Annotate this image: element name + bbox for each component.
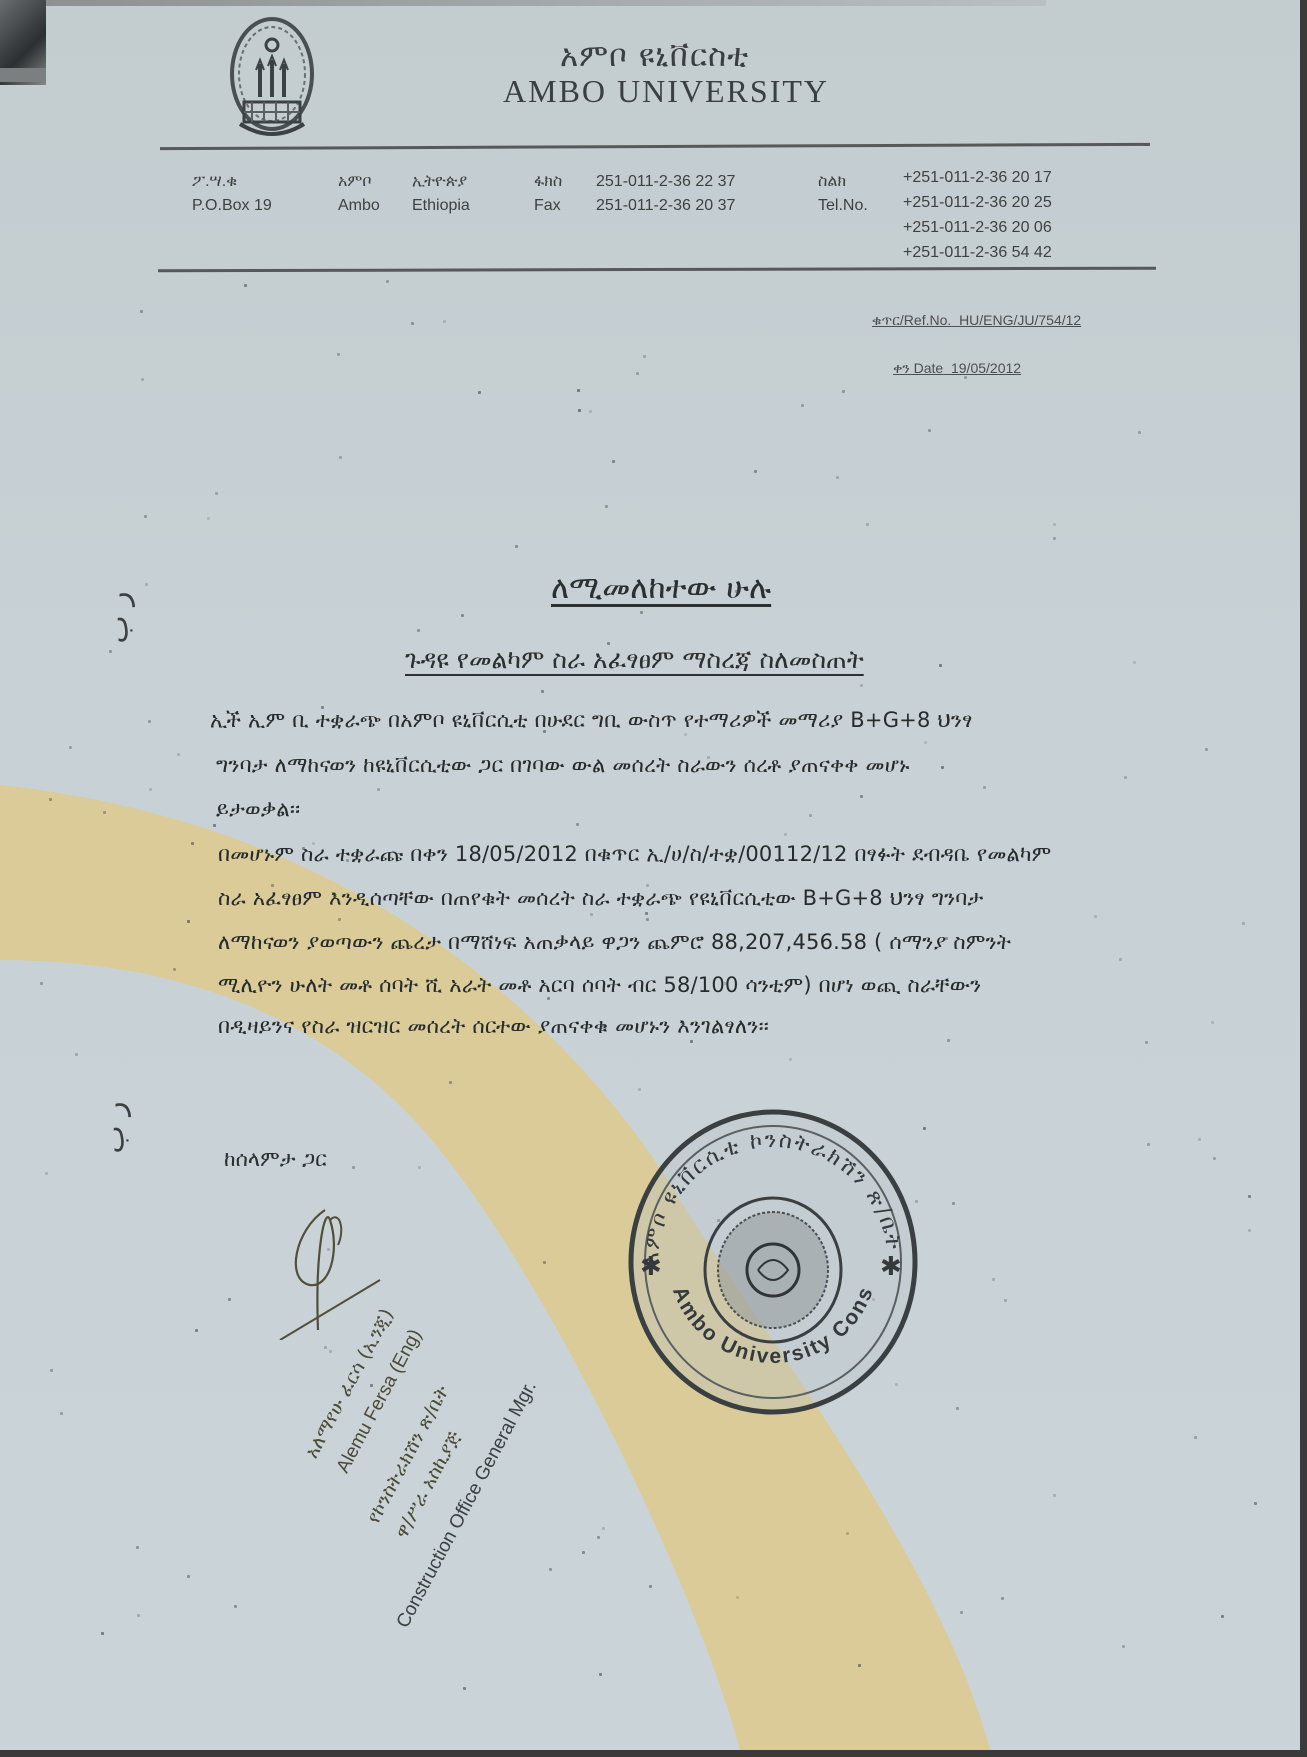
fax-label-amharic: ፋክስ: [534, 170, 562, 194]
scan-speck: [352, 1166, 355, 1169]
scan-speck: [1248, 1229, 1251, 1232]
po-box-label-amharic: ፖ.ሣ.ቁ: [192, 170, 272, 194]
scan-speck: [148, 720, 151, 723]
scan-speck: [956, 1407, 959, 1410]
scan-speck: [324, 1346, 327, 1349]
scan-speck: [411, 322, 414, 325]
scan-speck: [329, 1350, 332, 1353]
scan-speck: [582, 1551, 585, 1554]
scan-speck: [1213, 1157, 1216, 1160]
scan-speck: [40, 982, 43, 985]
scan-speck: [101, 1632, 104, 1635]
scan-speck: [1242, 922, 1245, 925]
fax-number-2: 251-011-2-36 20 37: [596, 194, 735, 218]
scan-speck: [149, 788, 152, 791]
scan-speck: [860, 795, 863, 798]
scan-speck: [271, 884, 274, 887]
university-name-english: AMBO UNIVERSITY: [503, 73, 829, 110]
scan-speck: [724, 982, 727, 985]
scan-speck: [801, 404, 804, 407]
paragraph-2-line: ስራ አፈፃፀም እንዲሰጣቸው በጠየቁት መሰረት ስራ ተቋራጭ የዩኒቨ…: [218, 886, 983, 911]
scan-speck: [136, 1546, 139, 1549]
scan-speck: [1094, 915, 1097, 918]
scan-speck: [784, 833, 787, 836]
scan-speck: [945, 937, 948, 940]
po-box-value: P.O.Box 19: [192, 194, 272, 218]
scan-speck: [327, 1248, 330, 1251]
scan-speck: [1194, 1436, 1197, 1439]
scan-speck: [109, 650, 112, 653]
scan-speck: [1053, 523, 1056, 526]
paragraph-2-line: በመሆኑም ስራ ተቋራጩ በቀን 18/05/2012 በቁጥር ኢ/ሀ/ስ/…: [218, 842, 1051, 867]
scan-speck: [1124, 776, 1127, 779]
tel-label-english: Tel.No.: [818, 194, 868, 218]
scan-speck: [312, 842, 315, 845]
scan-speck: [443, 320, 446, 323]
scan-speck: [599, 1673, 602, 1676]
scan-speck: [846, 1532, 849, 1535]
scan-speck: [707, 756, 710, 759]
country-amharic: ኢትዮጵያ: [412, 170, 470, 194]
fax-numbers: 251-011-2-36 22 37 251-011-2-36 20 37: [596, 170, 735, 218]
scan-speck: [1004, 1299, 1007, 1302]
official-round-seal-icon: አምቦ ዩኒቨርሲቲ ኮንስትራክሽን ጽ/ቤት Ambo University…: [618, 1100, 928, 1420]
scan-speck: [1122, 1645, 1125, 1648]
scan-speck: [140, 310, 143, 313]
reference-number: ቁጥር/Ref.No. HU/ENG/JU/754/12: [872, 312, 1081, 329]
scan-speck: [386, 280, 389, 283]
yellow-highlight-arc: [0, 0, 1300, 1750]
scan-speck: [684, 733, 687, 736]
scan-speck: [1248, 1195, 1251, 1198]
scan-speck: [690, 1040, 693, 1043]
tel-label-amharic: ስልክ: [818, 170, 868, 194]
scan-speck: [515, 545, 518, 548]
scan-speck: [836, 476, 839, 479]
scan-speck: [960, 1611, 963, 1614]
scan-speck: [191, 842, 194, 845]
scan-speck: [549, 1568, 552, 1571]
scan-speck: [939, 664, 942, 667]
scan-speck: [866, 523, 869, 526]
scan-speck: [144, 515, 147, 518]
scan-speck: [858, 1664, 861, 1667]
scan-speck: [177, 753, 180, 756]
date-value: 19/05/2012: [951, 360, 1021, 376]
scan-speck: [1053, 1494, 1056, 1497]
scan-speck: [213, 824, 216, 827]
paragraph-2-line: ለማከናወን ያወጣውን ጨረታ በማሸነፍ አጠቃላይ ዋጋን ጨምሮ 88,…: [218, 930, 1011, 955]
letter-date: ቀን Date 19/05/2012: [893, 360, 1021, 377]
scan-speck: [846, 988, 849, 991]
scan-speck: [590, 913, 593, 916]
scan-speck: [1145, 1041, 1148, 1044]
scan-speck: [215, 492, 218, 495]
scan-speck: [1221, 1615, 1224, 1618]
scan-speck: [578, 409, 581, 412]
scan-corner-artifact: [0, 0, 46, 85]
scan-speck: [992, 1278, 995, 1281]
paragraph-2-line: በዲዛይንና የስራ ዝርዝር መሰረት ሰርተው ያጠናቀቁ መሆኑን እንገ…: [218, 1014, 769, 1039]
scan-speck: [137, 1614, 140, 1617]
scan-speck: [612, 460, 615, 463]
scan-speck: [337, 353, 340, 356]
scan-speck: [1133, 661, 1136, 664]
scan-speck: [646, 918, 649, 921]
margin-handwritten-mark: ر ب: [97, 1101, 132, 1153]
scan-speck: [640, 611, 643, 614]
scan-speck: [754, 470, 757, 473]
fax-label-english: Fax: [534, 194, 562, 218]
scan-speck: [1147, 1143, 1150, 1146]
scan-speck: [736, 1596, 739, 1599]
scan-speck: [417, 629, 420, 632]
scan-speck: [646, 884, 649, 887]
phone-number: +251-011-2-36 54 42: [903, 240, 1052, 265]
scan-speck: [145, 583, 148, 586]
svg-text:✱: ✱: [640, 1252, 662, 1282]
paragraph-1-line: ይታወቃል፡፡: [216, 797, 300, 822]
phone-list: +251-011-2-36 20 17 +251-011-2-36 20 25 …: [903, 165, 1052, 265]
scan-speck: [234, 1605, 237, 1608]
city-amharic: አምቦ: [338, 170, 380, 194]
scan-speck: [244, 284, 247, 287]
scan-speck: [597, 1536, 600, 1539]
scan-speck: [895, 1383, 898, 1386]
scan-speck: [589, 410, 592, 413]
scan-speck: [964, 376, 967, 379]
phone-number: +251-011-2-36 20 06: [903, 215, 1052, 240]
scan-speck: [643, 355, 646, 358]
fax-number-1: 251-011-2-36 22 37: [596, 170, 735, 194]
po-box-block: ፖ.ሣ.ቁ P.O.Box 19: [192, 170, 272, 218]
scan-speck: [50, 1369, 53, 1372]
scan-speck: [947, 1039, 950, 1042]
scan-speck: [173, 968, 176, 971]
university-logo: [222, 12, 322, 147]
phone-number: +251-011-2-36 20 17: [903, 165, 1052, 190]
country-block: ኢትዮጵያ Ethiopia: [412, 170, 470, 218]
scan-speck: [645, 912, 648, 915]
scan-speck: [543, 1261, 546, 1264]
scan-speck: [45, 1172, 48, 1175]
scan-speck: [228, 1298, 231, 1301]
scan-speck: [809, 814, 812, 817]
scan-speck: [338, 918, 341, 921]
scan-speck: [103, 811, 106, 814]
city-block: አምቦ Ambo: [338, 170, 380, 218]
paragraph-1-line: ግንባታ ለማከናወን ከዩኒቨርሲቲው ጋር በገባው ውል መሰረት ስራው…: [216, 753, 910, 778]
scan-speck: [1254, 1502, 1257, 1505]
svg-text:✱: ✱: [880, 1252, 902, 1282]
official-stamp: አምቦ ዩኒቨርሲቲ ኮንስትራክሽን ጽ/ቤት Ambo University…: [618, 1100, 928, 1420]
scan-speck: [49, 798, 52, 801]
scan-speck: [983, 786, 986, 789]
scan-speck: [75, 1053, 78, 1056]
scan-speck: [842, 390, 845, 393]
scanned-letter-page: አምቦ ዩኒቨርስቲ AMBO UNIVERSITY ፖ.ሣ.ቁ P.O.Box…: [0, 0, 1300, 1750]
scan-speck: [915, 1200, 918, 1203]
scan-speck: [1001, 1597, 1004, 1600]
scan-speck: [418, 1166, 421, 1169]
scan-speck: [607, 642, 610, 645]
scan-speck: [605, 505, 608, 508]
ambo-university-emblem-icon: [222, 12, 322, 147]
scan-speck: [547, 997, 550, 1000]
scan-speck: [60, 1412, 63, 1415]
header-bottom-rule: [158, 267, 1156, 273]
fax-labels: ፋክስ Fax: [534, 170, 562, 218]
scan-speck: [638, 1088, 641, 1091]
scan-speck: [541, 690, 544, 693]
scan-speck: [602, 1527, 605, 1530]
scan-speck: [478, 391, 481, 394]
scan-speck: [872, 1298, 875, 1301]
paragraph-1-line: ኢች ኢም ቢ ተቋራጭ በአምቦ ዩኒቨርሲቲ በሁደር ግቢ ውስጥ የተማ…: [210, 708, 973, 733]
salutation-heading: ለሚመለከተው ሁሉ: [551, 570, 771, 607]
scan-speck: [941, 766, 944, 769]
scan-speck: [543, 730, 546, 733]
scan-speck: [576, 823, 579, 826]
ref-label: ቁጥር/Ref.No.: [872, 312, 951, 328]
margin-handwritten-mark: ر ب: [101, 591, 136, 643]
scan-speck: [141, 378, 144, 381]
scan-speck: [1138, 431, 1141, 434]
scan-speck: [952, 1202, 955, 1205]
city-english: Ambo: [338, 194, 380, 218]
scan-speck: [187, 1575, 190, 1578]
university-name-amharic: አምቦ ዩኒቨርስቲ: [560, 38, 749, 75]
country-english: Ethiopia: [412, 194, 470, 218]
scan-speck: [461, 614, 464, 617]
scan-speck: [636, 372, 639, 375]
date-label: ቀን Date: [893, 360, 943, 376]
scan-speck: [1053, 537, 1056, 540]
scan-speck: [1211, 1021, 1214, 1024]
scan-top-edge: [46, 0, 1046, 6]
closing-regards: ከሰላምታ ጋር: [224, 1147, 327, 1172]
scan-speck: [860, 684, 863, 687]
scan-speck: [195, 1329, 198, 1332]
ref-value: HU/ENG/JU/754/12: [959, 312, 1081, 328]
scan-speck: [928, 429, 931, 432]
scan-speck: [187, 920, 190, 923]
scan-speck: [735, 590, 738, 593]
scan-speck: [346, 859, 349, 862]
scan-speck: [1205, 748, 1208, 751]
scan-speck: [69, 746, 72, 749]
scan-speck: [649, 1585, 652, 1588]
scan-speck: [1198, 1138, 1201, 1141]
scan-speck: [1119, 958, 1122, 961]
scan-speck: [601, 1024, 604, 1027]
scan-speck: [370, 1384, 373, 1387]
tel-labels: ስልክ Tel.No.: [818, 170, 868, 218]
subject-line: ጉዳዩ የመልካም ስራ አፈፃፀም ማስረጃ ስለመስጠት: [405, 645, 864, 675]
scan-speck: [207, 517, 210, 520]
scan-speck: [577, 389, 580, 392]
scan-speck: [377, 788, 380, 791]
scan-speck: [449, 1081, 452, 1084]
scan-speck: [339, 456, 342, 459]
scan-speck: [463, 1687, 466, 1690]
phone-number: +251-011-2-36 20 25: [903, 190, 1052, 215]
scan-speck: [776, 859, 779, 862]
paragraph-2-line: ሚሊዮን ሁለት መቶ ሰባት ሺ አራት መቶ አርባ ሰባት ብር 58/1…: [218, 973, 981, 998]
scan-speck: [789, 1058, 792, 1061]
scan-speck: [924, 741, 927, 744]
